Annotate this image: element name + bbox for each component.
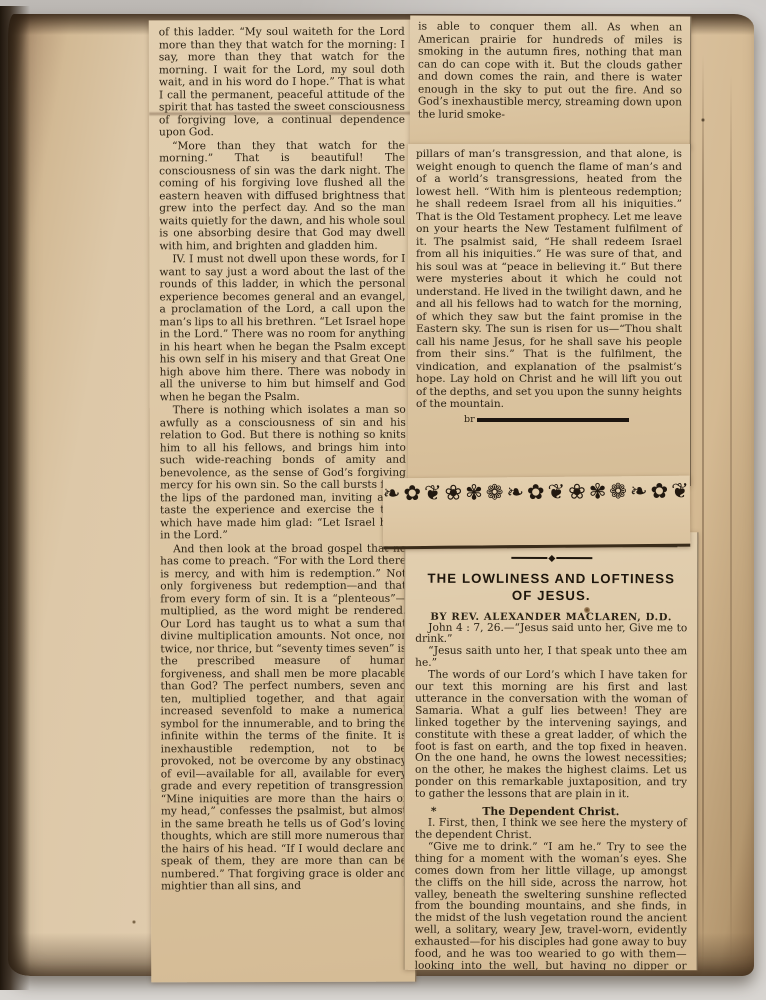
paper-crease [730,74,732,964]
newsprint-paragraph: IV. I must not dwell upon these words, f… [159,253,405,404]
divider-ornament [415,555,687,560]
scripture-text: “Jesus saith unto her, I that speak unto… [415,646,687,670]
clipping-right-main: pillars of man’s transgression, and that… [408,144,691,486]
newsprint-paragraph: And then look at the broad gospel that h… [160,542,407,893]
divider-line [556,557,592,559]
newsprint-paragraph: The words of our Lord’s which I have tak… [415,670,687,801]
clipping-article-lowliness: THE LOWLINESS AND LOFTINESS OF JESUS. BY… [404,532,699,971]
clipping-right-top: is able to conquer them all. As when an … [410,16,691,149]
diamond-icon [548,554,555,561]
newsprint-paragraph: “Give me to drink.” “I am he.” Try to se… [415,842,687,971]
floral-ornament-band: ❧✿❦❀✾❁❧✿❦❀✾❁❧✿❦❀✾❁❧✿❦❀✾❁❧✿❦❀✾❁❧✿❦❀✾❁❧✿❦❀… [383,476,691,550]
foxing-spot [701,118,705,122]
newsprint-paragraph: “More than they that watch for the morni… [159,139,405,252]
newsprint-paragraph: pillars of man’s transgression, and that… [416,148,682,411]
article-subhead: * The Dependent Christ. [415,805,687,818]
torn-rule-fragment: br [464,414,682,427]
fragment-text: br [464,414,475,427]
scripture-text: John 4 : 7, 26.—“Jesus said unto her, Gi… [415,622,687,646]
subhead-text: The Dependent Christ. [482,805,619,818]
newsprint-paragraph: I. First, then, I think we see here the … [415,818,687,842]
divider-line [511,557,547,559]
newsprint-paragraph: There is nothing which isolates a man so… [160,404,406,542]
thick-rule [477,418,629,422]
paper-crease [702,54,704,974]
newsprint-paragraph: of this ladder. “My soul waiteth for the… [159,26,405,139]
foxing-spot [132,920,136,924]
newsprint-paragraph: is able to conquer them all. As when an … [418,21,682,122]
article-title: THE LOWLINESS AND LOFTINESS OF JESUS. [415,569,687,603]
foxing-spot [584,607,590,613]
asterisk-marker: * [431,805,437,818]
clipping-left-column: of this ladder. “My soul waiteth for the… [149,20,417,983]
